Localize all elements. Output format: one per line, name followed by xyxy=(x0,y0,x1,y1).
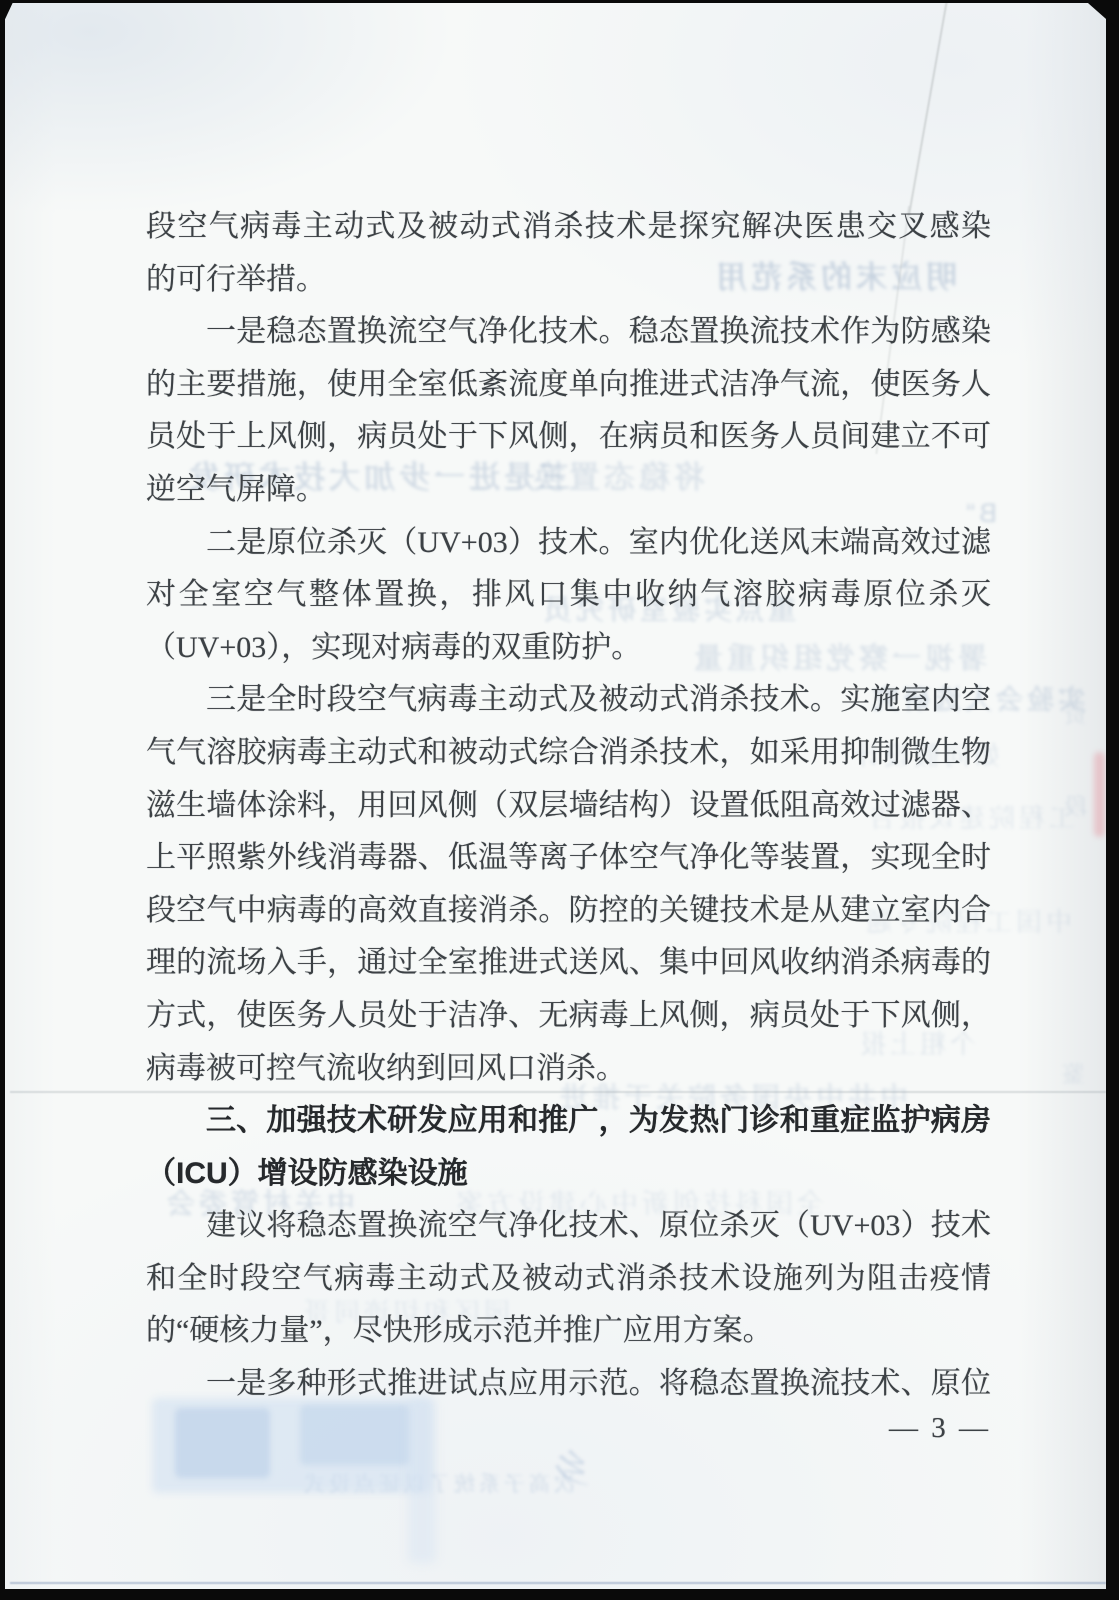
text-line: 段空气病毒主动式及被动式消杀技术是探究解决医患交叉感染 xyxy=(146,201,991,254)
text-line: 二是原位杀灭（UV+03）技术。室内优化送风末端高效过滤 xyxy=(146,517,991,570)
text-line: 的主要措施，使用全室低紊流度单向推进式洁净气流，使医务人 xyxy=(146,359,991,412)
text-line: 员处于上风侧，病员处于下风侧，在病员和医务人员间建立不可 xyxy=(146,411,991,464)
text-line: 上平照紫外线消毒器、低温等离子体空气净化等装置，实现全时 xyxy=(146,832,991,885)
text-line: 理的流场入手，通过全室推进式送风、集中回风收纳消杀病毒的 xyxy=(146,937,991,990)
bleedthrough-text: 段 xyxy=(1060,788,1087,821)
text-line: 的可行举措。 xyxy=(146,254,991,307)
scan-edge-bottom xyxy=(0,1589,1119,1600)
red-ink-smudge xyxy=(1094,752,1105,837)
text-line: 逆空气屏障。 xyxy=(146,464,991,517)
text-line: 一是多种形式推进试点应用示范。将稳态置换流技术、原位 xyxy=(146,1358,991,1411)
heading-line: 三、加强技术研发应用和推广，为发热门诊和重症监护病房 xyxy=(146,1095,991,1148)
text-line: 一是稳态置换流空气净化技术。稳态置换流技术作为防感染 xyxy=(146,306,991,359)
text-line: 对全室空气整体置换，排风口集中收纳气溶胶病毒原位杀灭 xyxy=(146,569,991,622)
fold-line xyxy=(10,1582,1106,1584)
text-line: （UV+03），实现对病毒的双重防护。 xyxy=(146,622,991,675)
text-line: 滋生墙体涂料，用回风侧（双层墙结构）设置低阻高效过滤器、 xyxy=(146,780,991,833)
scan-edge-right xyxy=(1106,0,1119,1600)
paper-crease xyxy=(908,0,949,216)
bleedthrough-text: 资 xyxy=(1060,696,1087,729)
scan-corner xyxy=(0,0,14,30)
text-line: 病毒被可控气流收纳到回风口消杀。 xyxy=(146,1043,991,1096)
text-line: 方式，使医务人员处于洁净、无病毒上风侧，病员处于下风侧， xyxy=(146,990,991,1043)
bleedthrough-text: 鉴 xyxy=(1058,1056,1085,1089)
text-line: 段空气中病毒的高效直接消杀。防控的关键技术是从建立室内合 xyxy=(146,885,991,938)
text-line: 气气溶胶病毒主动式和被动式综合消杀技术，如采用抑制微生物 xyxy=(146,727,991,780)
scan-edge-left xyxy=(0,0,5,1600)
document-body: 段空气病毒主动式及被动式消杀技术是探究解决医患交叉感染的可行举措。一是稳态置换流… xyxy=(146,201,991,1411)
text-line: 的“硬核力量”，尽快形成示范并推广应用方案。 xyxy=(146,1305,991,1358)
scan-edge-top xyxy=(0,0,1119,3)
text-line: 三是全时段空气病毒主动式及被动式消杀技术。实施室内空 xyxy=(146,674,991,727)
page-number: — 3 — xyxy=(146,1412,991,1445)
text-line: 和全时段空气病毒主动式及被动式消杀技术设施列为阻击疫情 xyxy=(146,1253,991,1306)
bleedthrough-text: 乡 xyxy=(548,1438,590,1493)
text-line: 建议将稳态置换流空气净化技术、原位杀灭（UV+03）技术 xyxy=(146,1200,991,1253)
scanned-page: 明应末的系范用三是进一步加大技术研发将稳态置换B“重点实验室研究员署视一察党组织… xyxy=(0,0,1119,1600)
heading-line: （ICU）增设防感染设施 xyxy=(146,1148,991,1201)
